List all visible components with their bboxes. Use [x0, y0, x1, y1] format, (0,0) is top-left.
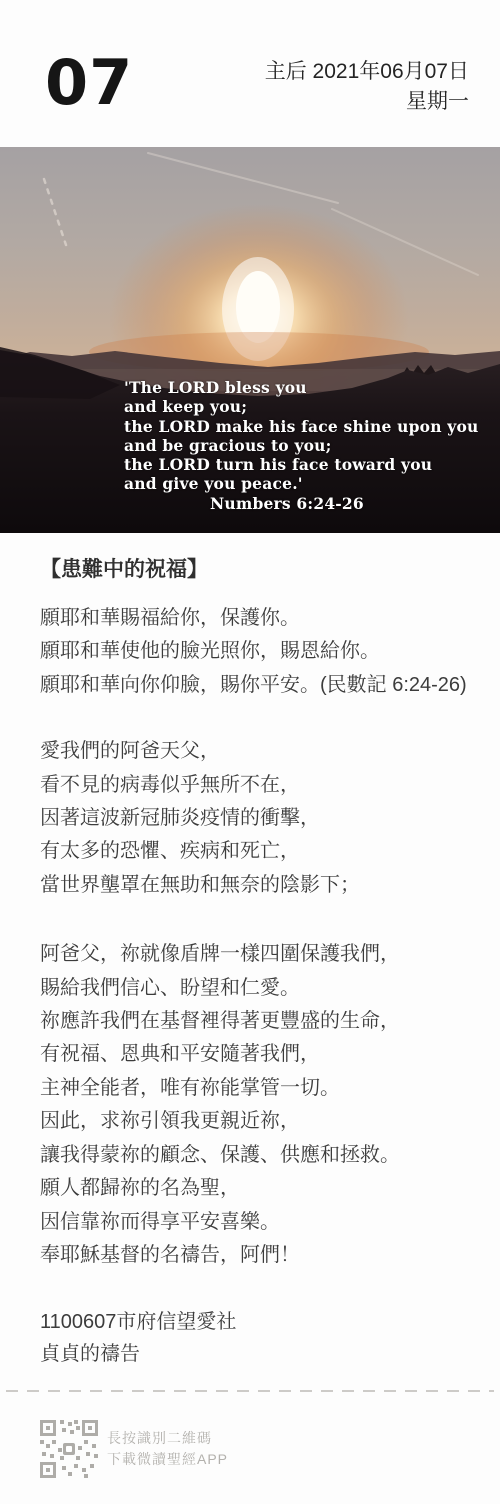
qr-caption-line2: 下載微讀聖經APP [107, 1449, 228, 1470]
verse-line: and be gracious to you; [124, 436, 478, 455]
signature-line: 1100607市府信望愛社 [40, 1306, 496, 1338]
prayer-line: 因信靠祢而得享平安喜樂。 [40, 1206, 496, 1239]
prayer-content: 【患難中的祝福】 願耶和華賜福給你，保護你。願耶和華使他的臉光照你，賜恩給你。願… [40, 552, 496, 1370]
prayer-line: 看不見的病毒似乎無所不在， [40, 769, 496, 802]
prayer-line: 阿爸父，祢就像盾牌一樣四圍保護我們， [40, 938, 496, 971]
scripture-line: 願耶和華使他的臉光照你，賜恩給你。 [40, 635, 496, 668]
scripture-line: 願耶和華賜福給你，保護你。 [40, 602, 496, 635]
sunset-photo: 'The LORD bless youand keep you;the LORD… [0, 147, 500, 533]
scripture-line: 願耶和華向你仰臉，賜你平安。(民數記 6:24-26) [40, 669, 496, 702]
qr-code[interactable] [40, 1419, 98, 1479]
prayer-line: 讓我得蒙祢的顧念、保護、供應和拯救。 [40, 1139, 496, 1172]
prayer-line: 願人都歸祢的名為聖， [40, 1172, 496, 1205]
prayer-line: 愛我們的阿爸天父， [40, 735, 496, 768]
footer: 長按識別二維碼 下載微讀聖經APP [40, 1419, 228, 1479]
prayer-line: 有太多的恐懼、疾病和死亡， [40, 835, 496, 868]
prayer-line: 當世界壟罩在無助和無奈的陰影下； [40, 869, 496, 902]
prayer-block-2: 阿爸父，祢就像盾牌一樣四圍保護我們，賜給我們信心、盼望和仁愛。祢應許我們在基督裡… [40, 938, 496, 1272]
prayer-line: 因此，求祢引領我更親近祢， [40, 1105, 496, 1138]
prayer-line: 因著這波新冠肺炎疫情的衝擊， [40, 802, 496, 835]
verse-overlay: 'The LORD bless youand keep you;the LORD… [124, 378, 478, 513]
article-title: 【患難中的祝福】 [40, 552, 496, 588]
prayer-line: 主神全能者，唯有祢能掌管一切。 [40, 1072, 496, 1105]
verse-reference: Numbers 6:24-26 [210, 494, 478, 513]
verse-line: and keep you; [124, 397, 478, 416]
signature-block: 1100607市府信望愛社貞貞的禱告 [40, 1306, 496, 1370]
prayer-line: 奉耶穌基督的名禱告，阿們！ [40, 1239, 496, 1272]
signature-line: 貞貞的禱告 [40, 1338, 496, 1370]
qr-caption-line1: 長按識別二維碼 [107, 1428, 228, 1449]
day-number: 07 [45, 52, 133, 114]
verse-lines: 'The LORD bless youand keep you;the LORD… [124, 378, 478, 494]
weekday-text: 星期一 [265, 87, 469, 117]
qr-captions: 長按識別二維碼 下載微讀聖經APP [107, 1428, 228, 1470]
scripture-block: 願耶和華賜福給你，保護你。願耶和華使他的臉光照你，賜恩給你。願耶和華向你仰臉，賜… [40, 602, 496, 702]
verse-line: the LORD make his face shine upon you [124, 417, 478, 436]
date-block: 主后 2021年06月07日 星期一 [265, 57, 469, 117]
date-text: 主后 2021年06月07日 [265, 57, 469, 87]
prayer-line: 有祝福、恩典和平安隨著我們， [40, 1038, 496, 1071]
prayer-line: 祢應許我們在基督裡得著更豐盛的生命， [40, 1005, 496, 1038]
prayer-line: 賜給我們信心、盼望和仁愛。 [40, 972, 496, 1005]
verse-line: 'The LORD bless you [124, 378, 478, 397]
devotional-card: 07 主后 2021年06月07日 星期一 [0, 0, 500, 1504]
prayer-block-1: 愛我們的阿爸天父，看不見的病毒似乎無所不在，因著這波新冠肺炎疫情的衝擊，有太多的… [40, 735, 496, 902]
verse-line: and give you peace.' [124, 474, 478, 493]
verse-line: the LORD turn his face toward you [124, 455, 478, 474]
dashed-divider [6, 1390, 494, 1392]
